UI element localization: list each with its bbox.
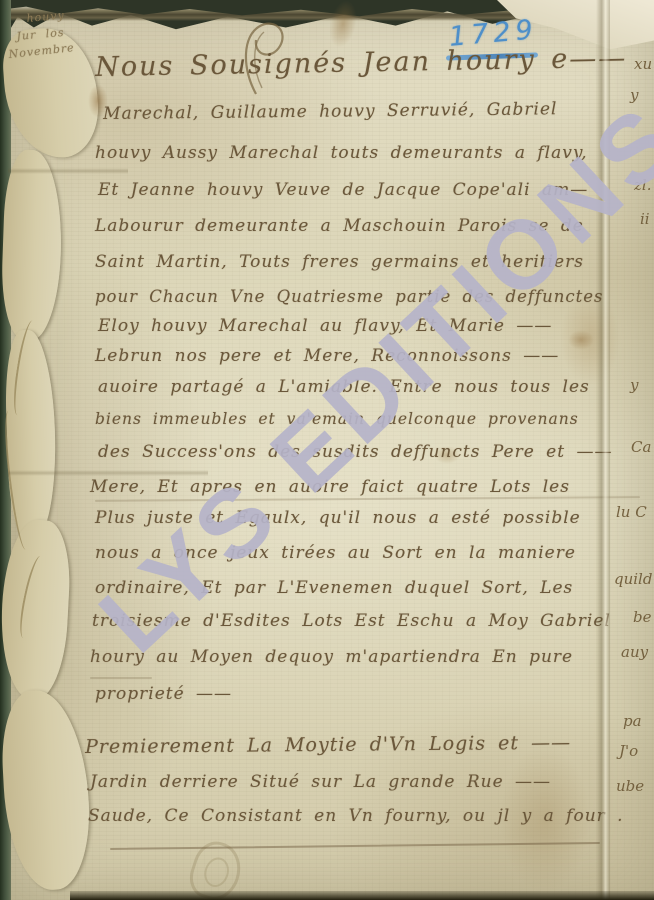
fold-line <box>8 168 128 174</box>
manuscript-line: Premierement La Moytie d'Vn Logis et —— <box>85 732 571 758</box>
manuscript-line: houvy Aussy Marechal touts demeurants a … <box>95 143 588 163</box>
edge-fragment: Ca <box>631 438 651 456</box>
edge-fragment: J'o <box>619 742 638 760</box>
manuscript-scan: 1729 houvy Jur los Novembre Nous Sousign… <box>0 0 654 900</box>
edge-fragment: pa <box>623 712 642 730</box>
edge-fragment: quild <box>614 570 652 588</box>
fold-line <box>8 470 208 476</box>
manuscript-line: Jardin derriere Situé sur La grande Rue … <box>90 772 551 792</box>
edge-fragment: y <box>630 376 638 394</box>
manuscript-line: Saude, Ce Consistant en Vn fourny, ou jl… <box>88 806 624 826</box>
bottom-edge-shadow <box>70 891 654 900</box>
edge-fragment: be <box>633 608 651 626</box>
edge-fragment: ube <box>616 777 644 795</box>
edge-fragment: lu C <box>616 503 647 521</box>
edge-fragment: auy <box>621 643 648 661</box>
paper-stain <box>568 330 594 350</box>
